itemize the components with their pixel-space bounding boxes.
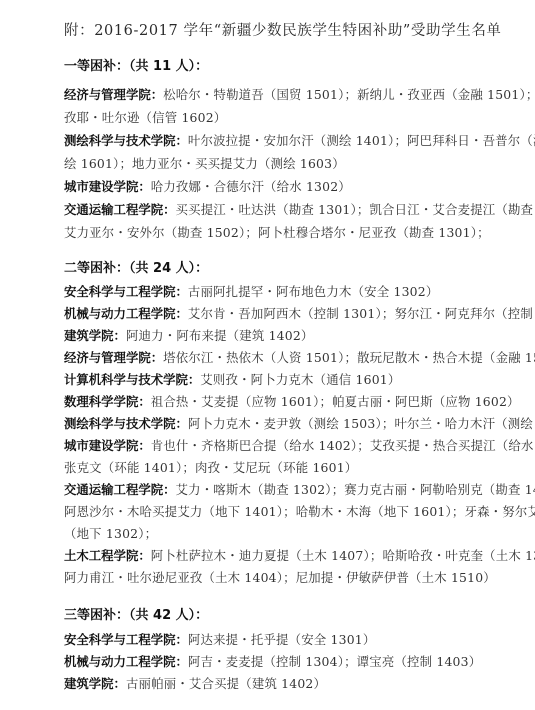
student-text: 阿达来提・托乎提（安全 1301） <box>188 632 376 647</box>
student-text: 艾力・喀斯木（勘查 1302）；赛力克古丽・阿勒哈别克（勘查 1401）； <box>176 482 535 497</box>
college-label: 机械与动力工程学院： <box>64 654 188 669</box>
student-text: 叶尔波拉提・安加尔汗（测绘 1401）；阿巴拜科日・吾普尔（测 <box>188 133 535 148</box>
student-text: 阿迪力・阿布来提（建筑 1402） <box>126 328 314 343</box>
list-line: 城市建设学院：肯也什・齐格斯巴合提（给水 1402）；艾孜买提・热合买提江（给水… <box>64 434 535 458</box>
list-line: 数理科学学院：祖合热・艾麦提（应物 1601）；帕夏古丽・阿巴斯（应物 1602… <box>64 390 520 414</box>
list-line: 城市建设学院：哈力孜娜・合德尔汗（给水 1302） <box>64 175 351 199</box>
list-line: 艾力亚尔・安外尔（勘查 1502）；阿卜杜穆合塔尔・尼亚孜（勘查 1301）； <box>64 221 490 245</box>
college-label: 数理科学学院： <box>64 394 151 409</box>
college-label: 经济与管理学院： <box>64 350 163 365</box>
college-label: 土木工程学院： <box>64 548 151 563</box>
student-text: 艾则孜・阿卜力克木（通信 1601） <box>200 372 400 387</box>
college-label: 经济与管理学院： <box>64 87 163 102</box>
list-line: 交通运输工程学院：艾力・喀斯木（勘查 1302）；赛力克古丽・阿勒哈别克（勘查 … <box>64 478 535 502</box>
tier-heading-first: 一等困补：（共 11 人）： <box>64 55 208 74</box>
student-text: 古丽帕丽・艾合买提（建筑 1402） <box>126 676 326 691</box>
student-text: 阿卜力克木・麦尹敦（测绘 1503）；叶尔兰・哈力木汗（测绘 1403） <box>188 416 535 431</box>
list-line: 交通运输工程学院：买买提江・吐达洪（勘查 1301）；凯合日江・艾合麦提江（勘查… <box>64 198 535 222</box>
student-text: 阿卜杜萨拉木・迪力夏提（土木 1407）；哈斯哈孜・叶克奎（土木 1304）； <box>151 548 535 563</box>
list-line: 土木工程学院：阿卜杜萨拉木・迪力夏提（土木 1407）；哈斯哈孜・叶克奎（土木 … <box>64 544 535 568</box>
student-text: 阿恩沙尔・木哈买提艾力（地下 1401）；哈勒木・木海（地下 1601）；牙森・… <box>64 504 535 519</box>
list-line: 安全科学与工程学院：阿达来提・托乎提（安全 1301） <box>64 628 375 652</box>
college-label: 交通运输工程学院： <box>64 482 176 497</box>
student-text: 祖合热・艾麦提（应物 1601）；帕夏古丽・阿巴斯（应物 1602） <box>151 394 520 409</box>
student-text: 张克文（环能 1401）；肉孜・艾尼玩（环能 1601） <box>64 460 357 475</box>
student-text: 阿力甫江・吐尔逊尼亚孜（土木 1404）；尼加提・伊敏萨伊普（土木 1510） <box>64 570 496 585</box>
list-line: 阿力甫江・吐尔逊尼亚孜（土木 1404）；尼加提・伊敏萨伊普（土木 1510） <box>64 566 496 590</box>
list-line: 经济与管理学院：塔依尔江・热依木（人资 1501）；散玩尼散木・热合木提（金融 … <box>64 346 535 370</box>
college-label: 测绘科学与技术学院： <box>64 416 188 431</box>
list-line: 经济与管理学院：松哈尔・特勒道吾（国贸 1501）；新纳儿・孜亚西（金融 150… <box>64 83 535 107</box>
list-line: 阿恩沙尔・木哈买提艾力（地下 1401）；哈勒木・木海（地下 1601）；牙森・… <box>64 500 535 524</box>
student-text: 绘 1601）；地力亚尔・买买提艾力（测绘 1603） <box>64 156 345 171</box>
college-label: 城市建设学院： <box>64 438 151 453</box>
college-label: 安全科学与工程学院： <box>64 284 188 299</box>
college-label: 测绘科学与技术学院： <box>64 133 188 148</box>
list-line: 建筑学院：阿迪力・阿布来提（建筑 1402） <box>64 324 314 348</box>
student-text: 哈力孜娜・合德尔汗（给水 1302） <box>151 179 351 194</box>
tier-heading-third: 三等困补：（共 42 人）： <box>64 604 208 623</box>
student-text: 艾力亚尔・安外尔（勘查 1502）；阿卜杜穆合塔尔・尼亚孜（勘查 1301）； <box>64 225 490 240</box>
tier-heading-second: 二等困补：（共 24 人）： <box>64 257 208 276</box>
list-line: 建筑学院：古丽帕丽・艾合买提（建筑 1402） <box>64 672 326 696</box>
student-text: 肯也什・齐格斯巴合提（给水 1402）；艾孜买提・热合买提江（给水 1601）； <box>151 438 535 453</box>
college-label: 计算机科学与技术学院： <box>64 372 200 387</box>
list-line: 孜耶・吐尔逊（信管 1602） <box>64 106 226 130</box>
student-text: 艾尔肯・吾加阿西木（控制 1301）；努尔江・阿克拜尔（控制 1404） <box>188 306 535 321</box>
student-text: 买买提江・吐达洪（勘查 1301）；凯合日江・艾合麦提江（勘查 1301）； <box>176 202 535 217</box>
document-title: 附：2016-2017 学年“新疆少数民族学生特困补助”受助学生名单 <box>64 19 502 40</box>
student-text: 孜耶・吐尔逊（信管 1602） <box>64 110 226 125</box>
list-line: 张克文（环能 1401）；肉孜・艾尼玩（环能 1601） <box>64 456 357 480</box>
college-label: 城市建设学院： <box>64 179 151 194</box>
college-label: 建筑学院： <box>64 328 126 343</box>
list-line: 测绘科学与技术学院：叶尔波拉提・安加尔汗（测绘 1401）；阿巴拜科日・吾普尔（… <box>64 129 535 153</box>
student-text: 松哈尔・特勒道吾（国贸 1501）；新纳儿・孜亚西（金融 1501）；热 <box>163 87 535 102</box>
list-line: 机械与动力工程学院：艾尔肯・吾加阿西木（控制 1301）；努尔江・阿克拜尔（控制… <box>64 302 535 326</box>
student-text: 塔依尔江・热依木（人资 1501）；散玩尼散木・热合木提（金融 1502） <box>163 350 535 365</box>
college-label: 安全科学与工程学院： <box>64 632 188 647</box>
list-line: 绘 1601）；地力亚尔・买买提艾力（测绘 1603） <box>64 152 345 176</box>
student-text: 古丽阿扎提罕・阿布地色力木（安全 1302） <box>188 284 439 299</box>
college-label: 机械与动力工程学院： <box>64 306 188 321</box>
list-line: 机械与动力工程学院：阿吉・麦麦提（控制 1304）；谭宝亮（控制 1403） <box>64 650 481 674</box>
list-line: 安全科学与工程学院：古丽阿扎提罕・阿布地色力木（安全 1302） <box>64 280 438 304</box>
list-line: 测绘科学与技术学院：阿卜力克木・麦尹敦（测绘 1503）；叶尔兰・哈力木汗（测绘… <box>64 412 535 436</box>
student-text: 阿吉・麦麦提（控制 1304）；谭宝亮（控制 1403） <box>188 654 481 669</box>
college-label: 交通运输工程学院： <box>64 202 176 217</box>
college-label: 建筑学院： <box>64 676 126 691</box>
list-line: （地下 1302）； <box>64 522 157 546</box>
student-text: （地下 1302）； <box>64 526 157 541</box>
list-line: 计算机科学与技术学院：艾则孜・阿卜力克木（通信 1601） <box>64 368 400 392</box>
